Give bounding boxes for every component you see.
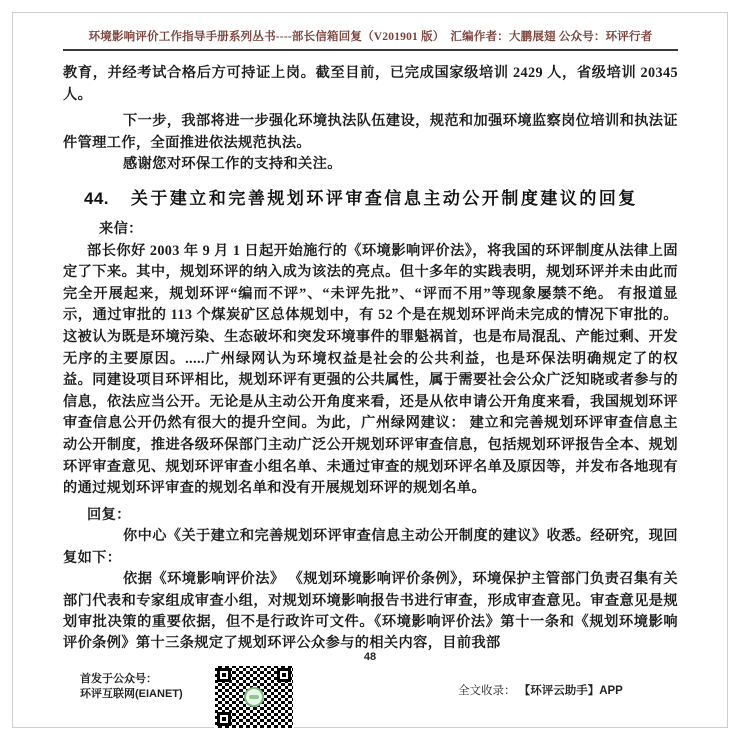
qr-finder-top-right-icon: [277, 668, 291, 682]
qr-finder-top-left-icon: [217, 668, 231, 682]
footer-publisher-line1: 首发于公众号：: [80, 672, 183, 687]
reply-intro: 你中心《关于建立和完善规划环评审查信息主动公开制度的建议》收悉。经研究，现回复如…: [63, 526, 678, 569]
paragraph-training-continuation: 教育，并经考试合格后方可持证上岗。截至目前，已完成国家级培训 2429 人，省级…: [63, 63, 678, 106]
qr-code-icon: [215, 666, 293, 728]
section-heading: 44. 关于建立和完善规划环评审查信息主动公开制度建议的回复: [63, 186, 678, 212]
section-title: 关于建立和完善规划环评审查信息主动公开制度建议的回复: [131, 186, 638, 212]
document-header: 环境影响评价工作指导手册系列丛书----部长信箱回复（V201901 版） 汇编…: [63, 28, 678, 51]
footer-collection-prefix: 全文收录：: [458, 685, 516, 697]
document-page: { "page": { "colors": { "header_text": "…: [0, 0, 740, 740]
document-body: 教育，并经考试合格后方可持证上岗。截至目前，已完成国家级培训 2429 人，省级…: [63, 63, 678, 655]
footer-collection-app: 【环评云助手】APP: [519, 685, 623, 697]
reply-label: 回复：: [63, 505, 678, 527]
footer-collection: 全文收录： 【环评云助手】APP: [458, 682, 623, 698]
letter-body: 部长你好 2003 年 9 月 1 日起开始施行的《环境影响评价法》，将我国的环…: [63, 241, 678, 500]
qr-center-green-logo-icon: [244, 687, 264, 707]
paragraph-next-step: 下一步，我部将进一步强化环境执法队伍建设，规范和加强环境监察岗位培训和执法证件管…: [63, 111, 678, 154]
reply-body: 依据《环境影响评价法》 《规划环境影响评价条例》，环境保护主管部门负责召集有关部…: [63, 569, 678, 655]
letter-label: 来信：: [63, 219, 678, 241]
footer-publisher: 首发于公众号： 环评互联网(EIANET): [80, 672, 183, 702]
footer-publisher-line2: 环评互联网(EIANET): [80, 687, 183, 702]
page-number: 48: [0, 651, 740, 663]
page-content: 环境影响评价工作指导手册系列丛书----部长信箱回复（V201901 版） 汇编…: [63, 28, 678, 655]
paragraph-thanks: 感谢您对环保工作的支持和关注。: [63, 154, 678, 176]
qr-finder-bottom-left-icon: [217, 712, 231, 726]
section-number: 44.: [84, 186, 109, 212]
